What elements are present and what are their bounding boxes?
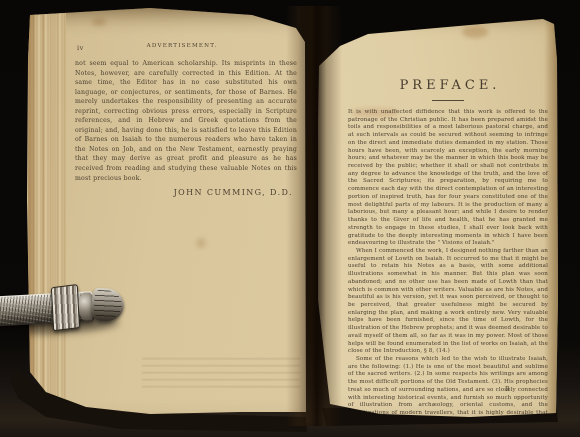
book-photograph: iv ADVERTISEMENT. not seem equal to Amer… bbox=[0, 0, 580, 437]
foxing-spot bbox=[196, 238, 206, 248]
signature-mark: B bbox=[505, 386, 509, 393]
ornate-silver-clasp bbox=[0, 278, 127, 341]
clasp-hand-terminal bbox=[91, 288, 125, 323]
preface-paragraph-2: When I commenced the work, I designed no… bbox=[348, 248, 548, 356]
clasp-center-band bbox=[51, 284, 80, 331]
title-rule bbox=[432, 100, 464, 101]
advertisement-body: not seem equal to American scholarship. … bbox=[75, 59, 297, 183]
preface-title: PREFACE. bbox=[348, 78, 548, 93]
preface-body: It is with unaffected diffidence that th… bbox=[348, 109, 548, 425]
running-header: ADVERTISEMENT. bbox=[75, 43, 289, 49]
preface-page-text: PREFACE. It is with unaffected diffidenc… bbox=[348, 78, 548, 425]
foxing-spot bbox=[462, 26, 488, 38]
show-through-text bbox=[142, 358, 300, 388]
author-signature: JOHN CUMMING, D.D. bbox=[75, 188, 297, 197]
page-edges-stack bbox=[28, 12, 66, 400]
advertisement-page-text: iv ADVERTISEMENT. not seem equal to Amer… bbox=[75, 40, 297, 197]
running-header-row: iv ADVERTISEMENT. bbox=[75, 40, 297, 54]
foxing-spot bbox=[92, 18, 106, 26]
preface-paragraph-1: It is with unaffected diffidence that th… bbox=[348, 109, 548, 248]
